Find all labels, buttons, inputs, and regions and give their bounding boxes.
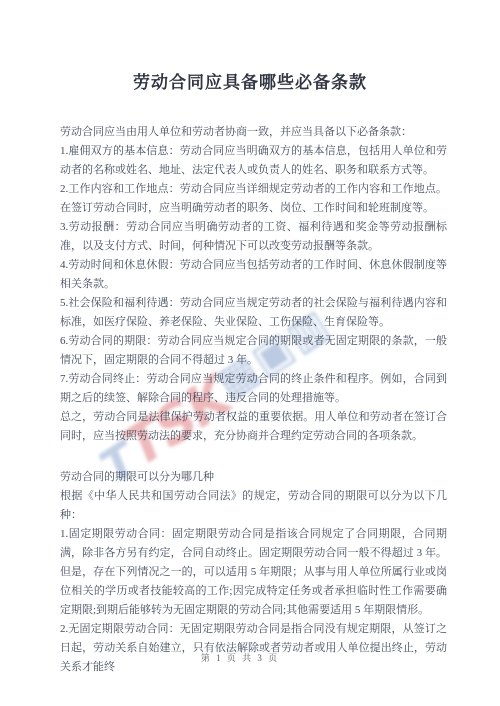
section-heading: 劳动合同的期限可以分为哪几种 [60,468,447,487]
paragraph-item-2: 2.工作内容和工作地点：劳动合同应当详细规定劳动者的工作内容和工作地点。在签订劳… [60,180,447,218]
paragraph-item-1: 1.雇佣双方的基本信息：劳动合同应当明确双方的基本信息，包括用人单位和劳动者的名… [60,142,447,180]
page-number-indicator: 第 1 页 共 3 页 [0,651,480,664]
document-page: TTSK▦▣▥ 劳动合同应具备哪些必备条款 劳动合同应当由用人单位和劳动者协商一… [0,0,500,706]
paragraph-item-6: 6.劳动合同的期限：劳动合同应当规定合同的期限或者无固定期限的条款，一般情况下，… [60,332,447,370]
document-body: 劳动合同应当由用人单位和劳动者协商一致，并应当具备以下必备条款： 1.雇佣双方的… [60,123,447,677]
paragraph-section2-item-2: 2.无固定期限劳动合同：无固定期限劳动合同是指合同没有规定期限，从签订之日起，劳… [60,620,447,677]
document-title: 劳动合同应具备哪些必备条款 [0,0,500,93]
paragraph-item-3: 3.劳动报酬：劳动合同应当明确劳动者的工资、福利待遇和奖金等劳动报酬标准，以及支… [60,218,447,256]
paragraph-item-7: 7.劳动合同终止：劳动合同应当规定劳动合同的终止条件和程序。例如，合同到期之后的… [60,370,447,408]
paragraph-section2-intro: 根据《中华人民共和国劳动合同法》的规定，劳动合同的期限可以分为以下几种： [60,487,447,525]
paragraph-summary: 总之，劳动合同是法律保护劳动者权益的重要依据。用人单位和劳动者在签订合同时，应当… [60,408,447,446]
paragraph-section2-item-1: 1.固定期限劳动合同：固定期限劳动合同是指该合同规定了合同期限，合同期满，除非各… [60,525,447,620]
paragraph-intro: 劳动合同应当由用人单位和劳动者协商一致，并应当具备以下必备条款： [60,123,447,142]
paragraph-item-5: 5.社会保险和福利待遇：劳动合同应当规定劳动者的社会保险与福利待遇内容和标准，如… [60,294,447,332]
paragraph-item-4: 4.劳动时间和休息休假：劳动合同应当包括劳动者的工作时间、休息休假制度等相关条款… [60,256,447,294]
